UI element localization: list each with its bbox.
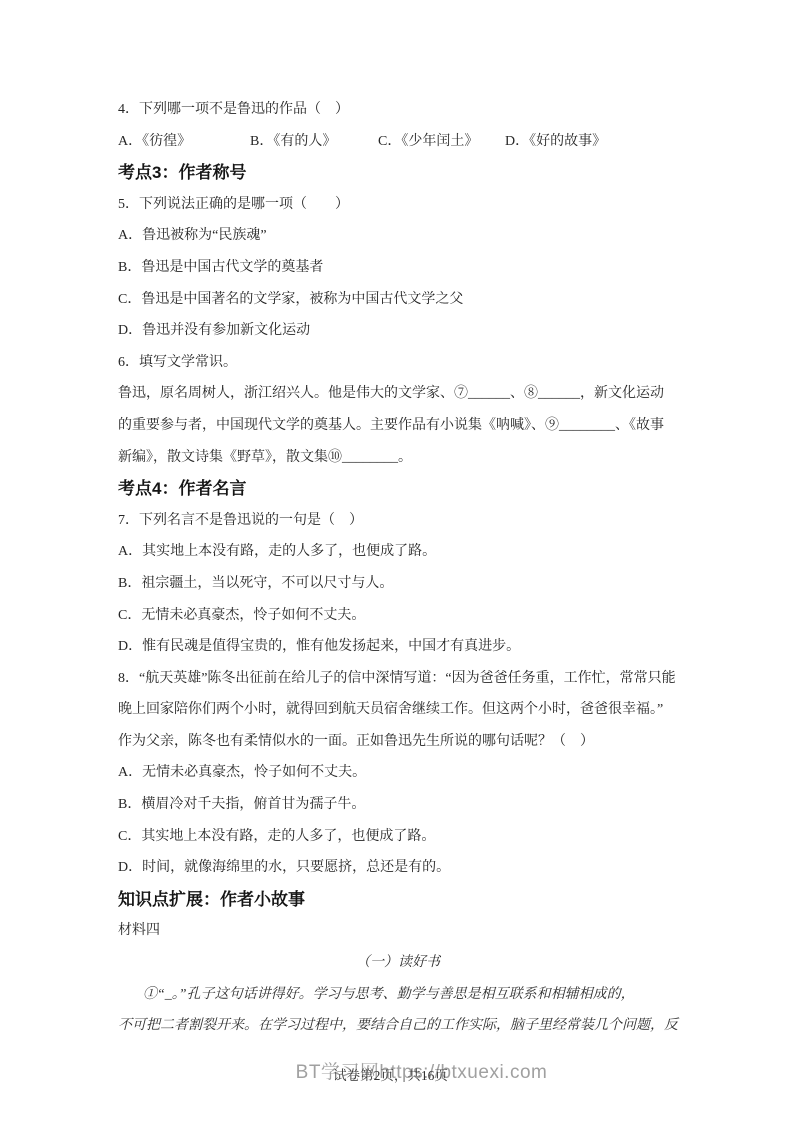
- page-indicator: 试卷第2页，共16页: [0, 1064, 787, 1084]
- document-body: 4．下列哪一项不是鲁迅的作品（ ） A．《彷徨》 B．《有的人》 C．《少年闰土…: [118, 94, 678, 1042]
- question-6-text-line-1: 鲁迅，原名周树人，浙江绍兴人。他是伟大的文学家、⑦______、⑧______，…: [118, 378, 678, 410]
- question-7-option-d: D．惟有民魂是值得宝贵的，惟有他发扬起来，中国才有真进步。: [118, 631, 678, 663]
- question-6-text-line-3: 新编》，散文诗集《野草》，散文集⑩________。: [118, 442, 678, 474]
- question-8-option-a: A．无情未必真豪杰，怜子如何不丈夫。: [118, 757, 678, 789]
- material-label: 材料四: [118, 915, 678, 947]
- question-5-option-c: C．鲁迅是中国著名的文学家，被称为中国古代文学之父: [118, 284, 678, 316]
- question-4-options-row: A．《彷徨》 B．《有的人》 C．《少年闰土》 D．《好的故事》: [118, 126, 678, 158]
- section-heading-point4: 考点4：作者名言: [118, 473, 678, 505]
- section-heading-point3: 考点3：作者称号: [118, 157, 678, 189]
- reading-paragraph-line-2: 不可把二者割裂开来。在学习过程中，要结合自己的工作实际，脑子里经常装几个问题，反: [118, 1010, 678, 1042]
- question-4-option-b: B．《有的人》: [250, 126, 378, 158]
- reading-paragraph-line-1: ①“_。”孔子这句话讲得好。学习与思考、勤学与善思是相互联系和相辅相成的，: [118, 979, 678, 1011]
- question-5-option-d: D．鲁迅并没有参加新文化运动: [118, 315, 678, 347]
- question-5-option-a: A．鲁迅被称为“民族魂”: [118, 220, 678, 252]
- question-8-option-b: B．横眉冷对千夫指，俯首甘为孺子牛。: [118, 789, 678, 821]
- question-4-stem: 4．下列哪一项不是鲁迅的作品（ ）: [118, 94, 678, 126]
- question-6-stem: 6．填写文学常识。: [118, 347, 678, 379]
- question-8-stem-line-2: 晚上回家陪你们两个小时，就得回到航天员宿舍继续工作。但这两个小时，爸爸很幸福。”: [118, 694, 678, 726]
- question-7-option-a: A．其实地上本没有路，走的人多了，也便成了路。: [118, 536, 678, 568]
- question-8-option-c: C．其实地上本没有路，走的人多了，也便成了路。: [118, 821, 678, 853]
- question-5-option-b: B．鲁迅是中国古代文学的奠基者: [118, 252, 678, 284]
- question-8-stem-line-1: 8．“航天英雄”陈冬出征前在给儿子的信中深情写道：“因为爸爸任务重，工作忙，常常…: [118, 663, 678, 695]
- question-7-stem: 7．下列名言不是鲁迅说的一句是（ ）: [118, 505, 678, 537]
- question-4-option-c: C．《少年闰土》: [378, 126, 505, 158]
- question-8-stem-line-3: 作为父亲，陈冬也有柔情似水的一面。正如鲁迅先生所说的哪句话呢？（ ）: [118, 726, 678, 758]
- reading-subtitle: （一）读好书: [118, 947, 678, 979]
- question-4-option-d: D．《好的故事》: [505, 126, 678, 158]
- question-8-option-d: D．时间，就像海绵里的水，只要愿挤，总还是有的。: [118, 852, 678, 884]
- question-7-option-b: B．祖宗疆土，当以死守，不可以尺寸与人。: [118, 568, 678, 600]
- section-heading-expansion: 知识点扩展：作者小故事: [118, 884, 678, 916]
- question-4-option-a: A．《彷徨》: [118, 126, 250, 158]
- question-5-stem: 5．下列说法正确的是哪一项（ ）: [118, 189, 678, 221]
- question-7-option-c: C．无情未必真豪杰，怜子如何不丈夫。: [118, 600, 678, 632]
- question-6-text-line-2: 的重要参与者，中国现代文学的奠基人。主要作品有小说集《呐喊》、⑨________…: [118, 410, 678, 442]
